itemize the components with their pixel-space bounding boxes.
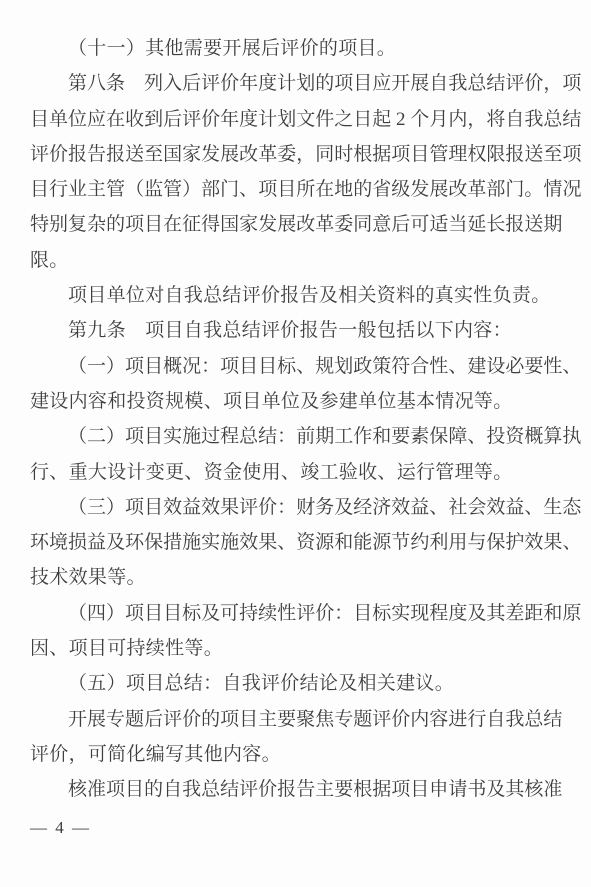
text-line: 技术效果等。 bbox=[30, 560, 561, 595]
page-number: — 4 — bbox=[30, 818, 91, 838]
text-line: 目单位应在收到后评价年度计划文件之日起 2 个月内，将自我总结 bbox=[30, 102, 561, 137]
text-line: （四）项目目标及可持续性评价：目标实现程度及其差距和原 bbox=[30, 596, 561, 631]
text-line: 开展专题后评价的项目主要聚焦专题评价内容进行自我总结 bbox=[30, 702, 561, 737]
text-line: 特别复杂的项目在征得国家发展改革委同意后可适当延长报送期 bbox=[30, 207, 561, 242]
text-line: （五）项目总结：自我评价结论及相关建议。 bbox=[30, 666, 561, 701]
text-line: 环境损益及环保措施实施效果、资源和能源节约利用与保护效果、 bbox=[30, 525, 561, 560]
text-line: 行、重大设计变更、资金使用、竣工验收、运行管理等。 bbox=[30, 455, 561, 490]
text-line: 第九条 项目自我总结评价报告一般包括以下内容： bbox=[30, 313, 561, 348]
text-line: 因、项目可持续性等。 bbox=[30, 631, 561, 666]
text-line: 限。 bbox=[30, 243, 561, 278]
text-line: （十一）其他需要开展后评价的项目。 bbox=[30, 31, 561, 66]
document-page: （十一）其他需要开展后评价的项目。第八条 列入后评价年度计划的项目应开展自我总结… bbox=[0, 0, 591, 887]
text-line: （二）项目实施过程总结：前期工作和要素保障、投资概算执 bbox=[30, 419, 561, 454]
document-body: （十一）其他需要开展后评价的项目。第八条 列入后评价年度计划的项目应开展自我总结… bbox=[30, 31, 561, 808]
text-line: 项目单位对自我总结评价报告及相关资料的真实性负责。 bbox=[30, 278, 561, 313]
text-line: （三）项目效益效果评价：财务及经济效益、社会效益、生态 bbox=[30, 490, 561, 525]
text-line: 第八条 列入后评价年度计划的项目应开展自我总结评价，项 bbox=[30, 66, 561, 101]
text-line: 目行业主管（监管）部门、项目所在地的省级发展改革部门。情况 bbox=[30, 172, 561, 207]
text-line: 评价，可简化编写其他内容。 bbox=[30, 737, 561, 772]
text-line: 评价报告报送至国家发展改革委，同时根据项目管理权限报送至项 bbox=[30, 137, 561, 172]
text-line: 建设内容和投资规模、项目单位及参建单位基本情况等。 bbox=[30, 384, 561, 419]
text-line: （一）项目概况：项目目标、规划政策符合性、建设必要性、 bbox=[30, 349, 561, 384]
text-line: 核准项目的自我总结评价报告主要根据项目申请书及其核准 bbox=[30, 772, 561, 807]
